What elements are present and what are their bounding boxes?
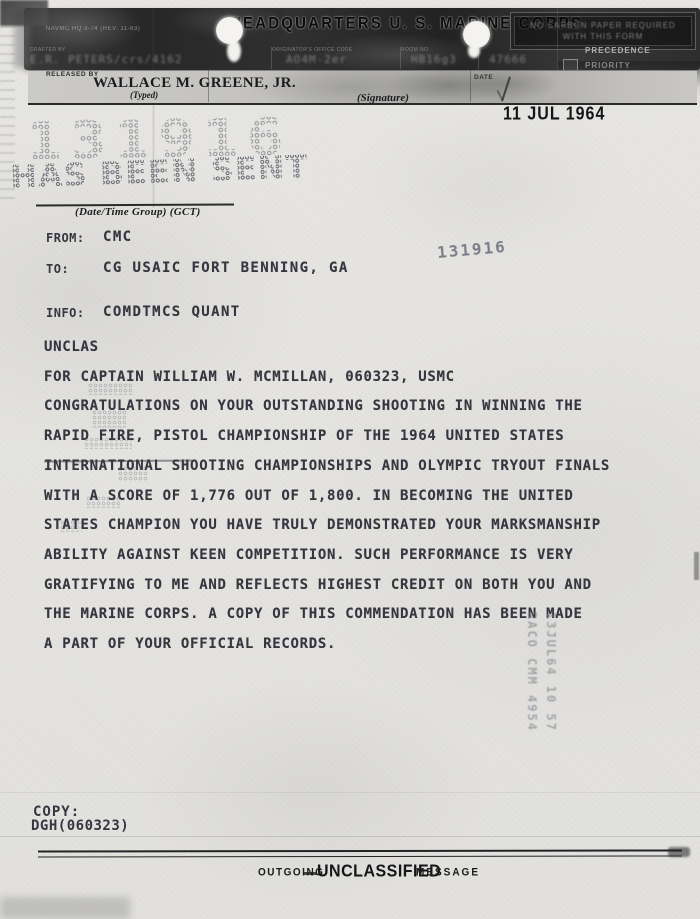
footer-dash-artifact: [303, 872, 317, 875]
received-stamp-line1: 13JUL64 10 57: [541, 612, 560, 757]
dot-bleed-artifact: [88, 383, 132, 395]
body-line: ABILITY AGAINST KEEN COMPETITION. SUCH P…: [44, 541, 644, 571]
right-edge-mark: [694, 552, 699, 580]
punch-hole-right-tail: [468, 44, 480, 58]
dot-bleed-artifact: [86, 496, 120, 508]
dot-bleed-artifact: [92, 410, 126, 428]
footer-double-rule: [38, 849, 682, 857]
scan-streak: [0, 792, 700, 793]
body-line: CONGRATULATIONS ON YOUR OUTSTANDING SHOO…: [44, 392, 644, 422]
signature-label: (Signature): [357, 92, 409, 104]
to-label: TO:: [46, 262, 69, 276]
typed-label: (Typed): [130, 90, 158, 100]
dtg-stamp-number: 131916: [436, 237, 507, 262]
body-line: WITH A SCORE OF 1,776 OUT OF 1,800. IN B…: [44, 482, 644, 512]
date-stamp: 11 JUL 1964: [503, 105, 605, 126]
strip-divider-2: [470, 70, 471, 102]
info-value: COMDTMCS QUANT: [103, 304, 241, 320]
message-body: UNCLAS FOR CAPTAIN WILLIAM W. MCMILLAN, …: [44, 333, 644, 660]
form-number: NAVMC HQ 3-74 (REV. 11-63): [46, 26, 140, 32]
precedence-label: PRECEDENCE: [585, 46, 651, 55]
serial-value: 47666: [479, 47, 557, 66]
body-line: FOR CAPTAIN WILLIAM W. MCMILLAN, 060323,…: [44, 363, 644, 393]
body-line: GRATIFYING TO ME AND REFLECTS HIGHEST CR…: [44, 571, 644, 601]
to-value: CG USAIC FORT BENNING, GA: [103, 260, 349, 276]
punch-hole-left-tail: [227, 40, 241, 62]
originator-cell: ORIGINATOR'S OFFICE CODE AO4M-2er: [271, 47, 400, 69]
body-line: RAPID FIRE, PISTOL CHAMPIONSHIP OF THE 1…: [44, 422, 644, 452]
originator-value: AO4M-2er: [272, 53, 400, 66]
released-by-name: WALLACE M. GREENE, JR.: [93, 75, 296, 92]
body-line: UNCLAS: [44, 333, 644, 363]
punch-hole-left: [216, 17, 243, 44]
from-label: FROM:: [46, 231, 85, 245]
dtg-caption: (Date/Time Group) (GCT): [75, 206, 201, 218]
rule-end-smudge: [668, 847, 690, 857]
received-stamp-line2: RACO CMM 4954: [522, 612, 541, 757]
room-cell: ROOM NO. HB16g3: [400, 47, 478, 69]
footer-message: MESSAGE: [416, 866, 480, 878]
copy-value: DGH(060323): [31, 818, 129, 834]
info-label: INFO:: [46, 306, 85, 320]
priority-label: PRIORITY: [585, 61, 631, 70]
bottom-left-smudge: [0, 897, 130, 919]
strip-divider-1: [208, 70, 209, 102]
dot-bleed-artifact: [84, 437, 132, 449]
room-value: HB16g3: [401, 53, 478, 66]
serial-cell: 47666: [478, 47, 557, 69]
telegram-scan-page: NAVMC HQ 3-74 (REV. 11-63) HEADQUARTERS …: [0, 0, 700, 919]
body-line: STATES CHAMPION YOU HAVE TRULY DEMONSTRA…: [44, 511, 644, 541]
released-by-label: RELEASED BY: [46, 71, 99, 78]
received-stamp-vertical: 13JUL64 10 57 RACO CMM 4954: [522, 612, 560, 757]
scan-streak: [0, 836, 700, 837]
from-value: CMC: [103, 229, 133, 245]
dot-bleed-artifact: [118, 466, 148, 482]
dot-bleed-artifact: [60, 520, 82, 532]
date-label: DATE: [474, 74, 493, 81]
